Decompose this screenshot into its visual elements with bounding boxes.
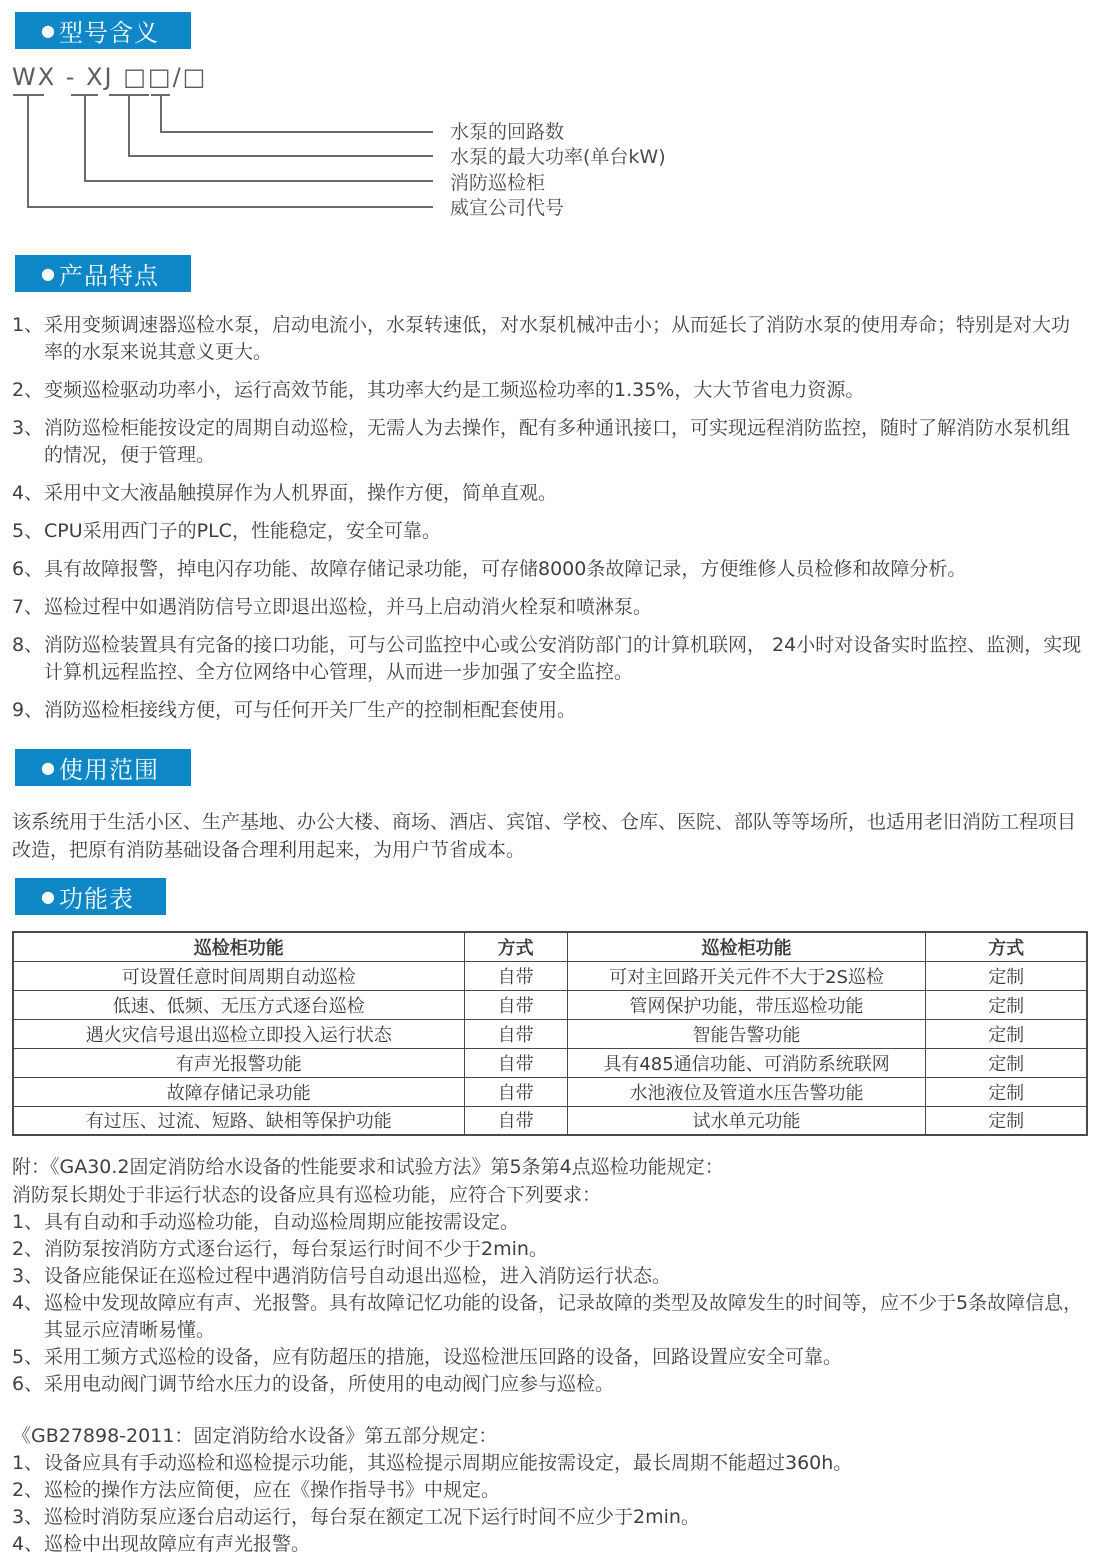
ga-note: 附：《GA30.2固定消防给水设备的性能要求和试验方法》第5条第4点巡检功能规定…: [12, 1153, 1088, 1398]
ga-note-title: 附：《GA30.2固定消防给水设备的性能要求和试验方法》第5条第4点巡检功能规定…: [12, 1153, 1088, 1181]
item-text: 变频巡检驱动功率小，运行高效节能，其功率大约是工频巡检功率的1.35%，大大节省…: [44, 377, 1088, 404]
table-cell: 试水单元功能: [567, 1106, 926, 1135]
section-header-scope: ●使用范围: [15, 749, 191, 786]
table-row: 遇火灾信号退出巡检立即投入运行状态 自带 智能告警功能 定制: [13, 1019, 1087, 1048]
item-number: 3、: [12, 1504, 44, 1531]
ga-note-item: 5、采用工频方式巡检的设备，应有防超压的措施，设巡检泄压回路的设备，回路设置应安…: [12, 1344, 1088, 1371]
feature-item: 6、具有故障报警，掉电闪存功能、故障存储记录功能，可存储8000条故障记录，方便…: [12, 556, 1088, 583]
diagram-label: 威宣公司代号: [450, 199, 564, 218]
column-header: 方式: [926, 932, 1087, 961]
column-header: 巡检柜功能: [13, 932, 464, 961]
model-code: WX - XJ □□/□: [12, 63, 207, 91]
table-cell: 低速、低频、无压方式逐台巡检: [13, 990, 464, 1019]
gb-note-title: 《GB27898-2011：固定消防给水设备》第五部分规定：: [12, 1422, 1088, 1450]
feature-item: 3、消防巡检柜能按设定的周期自动巡检，无需人为去操作，配有多种通讯接口，可实现远…: [12, 415, 1088, 469]
item-text: 巡检时消防泵应逐台启动运行，每台泵在额定工况下运行时间不应少于2min。: [44, 1504, 1088, 1531]
table-cell: 自带: [464, 990, 567, 1019]
diagram-label: 水泵的最大功率(单台kW): [450, 148, 666, 167]
item-text: 采用工频方式巡检的设备，应有防超压的措施，设巡检泄压回路的设备，回路设置应安全可…: [44, 1344, 1088, 1371]
features-list: 1、采用变频调速器巡检水泵，启动电流小，水泵转速低，对水泵机械冲击小；从而延长了…: [12, 312, 1088, 724]
section-title-model: 型号含义: [59, 13, 159, 48]
table-row: 低速、低频、无压方式逐台巡检 自带 管网保护功能，带压巡检功能 定制: [13, 990, 1087, 1019]
item-text: 巡检中发现故障应有声、光报警。具有故障记忆功能的设备，记录故障的类型及故障发生的…: [44, 1290, 1088, 1344]
item-number: 4、: [12, 1531, 44, 1558]
table-cell: 遇火灾信号退出巡检立即投入运行状态: [13, 1019, 464, 1048]
gb-note-item: 1、设备应具有手动巡检和巡检提示功能，其巡检提示周期应能按需设定，最长周期不能超…: [12, 1450, 1088, 1477]
item-text: 具有故障报警，掉电闪存功能、故障存储记录功能，可存储8000条故障记录，方便维修…: [44, 556, 1088, 583]
item-text: 设备应具有手动巡检和巡检提示功能，其巡检提示周期应能按需设定，最长周期不能超过3…: [44, 1450, 1088, 1477]
item-text: 消防巡检柜能按设定的周期自动巡检，无需人为去操作，配有多种通讯接口，可实现远程消…: [44, 415, 1088, 469]
table-cell: 自带: [464, 1077, 567, 1106]
item-number: 2、: [12, 1236, 44, 1263]
diagram-label: 水泵的回路数: [450, 123, 564, 142]
ga-note-item: 2、消防泵按消防方式逐台运行，每台泵运行时间不少于2min。: [12, 1236, 1088, 1263]
feature-item: 4、采用中文大液晶触摸屏作为人机界面，操作方便，简单直观。: [12, 480, 1088, 507]
item-text: 巡检过程中如遇消防信号立即退出巡检，并马上启动消火栓泵和喷淋泵。: [44, 594, 1088, 621]
table-row: 有声光报警功能 自带 具有485通信功能、可消防系统联网 定制: [13, 1048, 1087, 1077]
table-cell: 有过压、过流、短路、缺相等保护功能: [13, 1106, 464, 1135]
model-diagram: WX - XJ □□/□ 水泵的回路数 水泵的最大功率(单台kW) 消防巡检柜 …: [0, 49, 1100, 241]
item-number: 3、: [12, 415, 44, 469]
section-header-features: ●产品特点: [15, 255, 191, 292]
bullet-icon: ●: [41, 760, 56, 776]
section-title-functions: 功能表: [59, 879, 134, 914]
table-cell: 自带: [464, 961, 567, 990]
item-text: 消防巡检装置具有完备的接口功能，可与公司监控中心或公安消防部门的计算机联网， 2…: [44, 632, 1088, 686]
item-number: 1、: [12, 312, 44, 366]
section-title-scope: 使用范围: [59, 750, 159, 785]
ga-note-item: 1、具有自动和手动巡检功能，自动巡检周期应能按需设定。: [12, 1209, 1088, 1236]
table-cell: 可设置任意时间周期自动巡检: [13, 961, 464, 990]
item-number: 3、: [12, 1263, 44, 1290]
item-number: 4、: [12, 480, 44, 507]
item-text: 设备应能保证在巡检过程中遇消防信号自动退出巡检，进入消防运行状态。: [44, 1263, 1088, 1290]
function-table: 巡检柜功能 方式 巡检柜功能 方式 可设置任意时间周期自动巡检 自带 可对主回路…: [12, 931, 1088, 1136]
section-header-model: ●型号含义: [15, 12, 191, 49]
table-cell: 有声光报警功能: [13, 1048, 464, 1077]
diagram-connector: [27, 95, 433, 208]
section-header-functions: ●功能表: [15, 878, 166, 915]
item-number: 5、: [12, 518, 44, 545]
table-cell: 智能告警功能: [567, 1019, 926, 1048]
table-cell: 可对主回路开关元件不大于2S巡检: [567, 961, 926, 990]
item-number: 5、: [12, 1344, 44, 1371]
table-cell: 自带: [464, 1106, 567, 1135]
table-cell: 定制: [926, 961, 1087, 990]
table-cell: 自带: [464, 1019, 567, 1048]
feature-item: 8、消防巡检装置具有完备的接口功能，可与公司监控中心或公安消防部门的计算机联网，…: [12, 632, 1088, 686]
item-number: 6、: [12, 1371, 44, 1398]
item-text: CPU采用西门子的PLC，性能稳定，安全可靠。: [44, 518, 1088, 545]
table-cell: 定制: [926, 990, 1087, 1019]
item-number: 8、: [12, 632, 44, 686]
item-text: 采用电动阀门调节给水压力的设备，所使用的电动阀门应参与巡检。: [44, 1371, 1088, 1398]
table-cell: 管网保护功能，带压巡检功能: [567, 990, 926, 1019]
table-row: 有过压、过流、短路、缺相等保护功能 自带 试水单元功能 定制: [13, 1106, 1087, 1135]
table-header-row: 巡检柜功能 方式 巡检柜功能 方式: [13, 932, 1087, 961]
gb-note-item: 2、巡检的操作方法应简便，应在《操作指导书》中规定。: [12, 1477, 1088, 1504]
diagram-label: 消防巡检柜: [450, 174, 545, 193]
bullet-icon: ●: [41, 266, 56, 282]
feature-item: 7、巡检过程中如遇消防信号立即退出巡检，并马上启动消火栓泵和喷淋泵。: [12, 594, 1088, 621]
item-text: 采用变频调速器巡检水泵，启动电流小，水泵转速低，对水泵机械冲击小；从而延长了消防…: [44, 312, 1088, 366]
table-cell: 具有485通信功能、可消防系统联网: [567, 1048, 926, 1077]
table-cell: 故障存储记录功能: [13, 1077, 464, 1106]
feature-item: 9、消防巡检柜接线方便，可与任何开关厂生产的控制柜配套使用。: [12, 697, 1088, 724]
bullet-icon: ●: [41, 23, 56, 39]
item-number: 2、: [12, 1477, 44, 1504]
item-number: 6、: [12, 556, 44, 583]
feature-item: 5、CPU采用西门子的PLC，性能稳定，安全可靠。: [12, 518, 1088, 545]
table-cell: 水池液位及管道水压告警功能: [567, 1077, 926, 1106]
feature-item: 1、采用变频调速器巡检水泵，启动电流小，水泵转速低，对水泵机械冲击小；从而延长了…: [12, 312, 1088, 366]
table-cell: 定制: [926, 1106, 1087, 1135]
table-cell: 定制: [926, 1019, 1087, 1048]
item-number: 9、: [12, 697, 44, 724]
table-cell: 自带: [464, 1048, 567, 1077]
item-text: 消防泵按消防方式逐台运行，每台泵运行时间不少于2min。: [44, 1236, 1088, 1263]
gb-note-item: 3、巡检时消防泵应逐台启动运行，每台泵在额定工况下运行时间不应少于2min。: [12, 1504, 1088, 1531]
ga-note-item: 3、设备应能保证在巡检过程中遇消防信号自动退出巡检，进入消防运行状态。: [12, 1263, 1088, 1290]
table-cell: 定制: [926, 1077, 1087, 1106]
table-row: 故障存储记录功能 自带 水池液位及管道水压告警功能 定制: [13, 1077, 1087, 1106]
item-text: 具有自动和手动巡检功能，自动巡检周期应能按需设定。: [44, 1209, 1088, 1236]
bullet-icon: ●: [41, 889, 56, 905]
scope-paragraph: 该系统用于生活小区、生产基地、办公大楼、商场、酒店、宾馆、学校、仓库、医院、部队…: [12, 808, 1088, 864]
item-number: 2、: [12, 377, 44, 404]
item-number: 7、: [12, 594, 44, 621]
item-text: 巡检的操作方法应简便，应在《操作指导书》中规定。: [44, 1477, 1088, 1504]
item-text: 采用中文大液晶触摸屏作为人机界面，操作方便，简单直观。: [44, 480, 1088, 507]
section-title-features: 产品特点: [59, 256, 159, 291]
ga-note-item: 4、巡检中发现故障应有声、光报警。具有故障记忆功能的设备，记录故障的类型及故障发…: [12, 1290, 1088, 1344]
column-header: 巡检柜功能: [567, 932, 926, 961]
item-text: 消防巡检柜接线方便，可与任何开关厂生产的控制柜配套使用。: [44, 697, 1088, 724]
item-number: 1、: [12, 1209, 44, 1236]
item-number: 4、: [12, 1290, 44, 1344]
item-number: 1、: [12, 1450, 44, 1477]
gb-note-item: 4、巡检中出现故障应有声光报警。: [12, 1531, 1088, 1558]
ga-note-intro: 消防泵长期处于非运行状态的设备应具有巡检功能，应符合下列要求：: [12, 1181, 1088, 1209]
table-cell: 定制: [926, 1048, 1087, 1077]
column-header: 方式: [464, 932, 567, 961]
gb-note: 《GB27898-2011：固定消防给水设备》第五部分规定： 1、设备应具有手动…: [12, 1422, 1088, 1558]
item-text: 巡检中出现故障应有声光报警。: [44, 1531, 1088, 1558]
table-row: 可设置任意时间周期自动巡检 自带 可对主回路开关元件不大于2S巡检 定制: [13, 961, 1087, 990]
feature-item: 2、变频巡检驱动功率小，运行高效节能，其功率大约是工频巡检功率的1.35%，大大…: [12, 377, 1088, 404]
ga-note-item: 6、采用电动阀门调节给水压力的设备，所使用的电动阀门应参与巡检。: [12, 1371, 1088, 1398]
